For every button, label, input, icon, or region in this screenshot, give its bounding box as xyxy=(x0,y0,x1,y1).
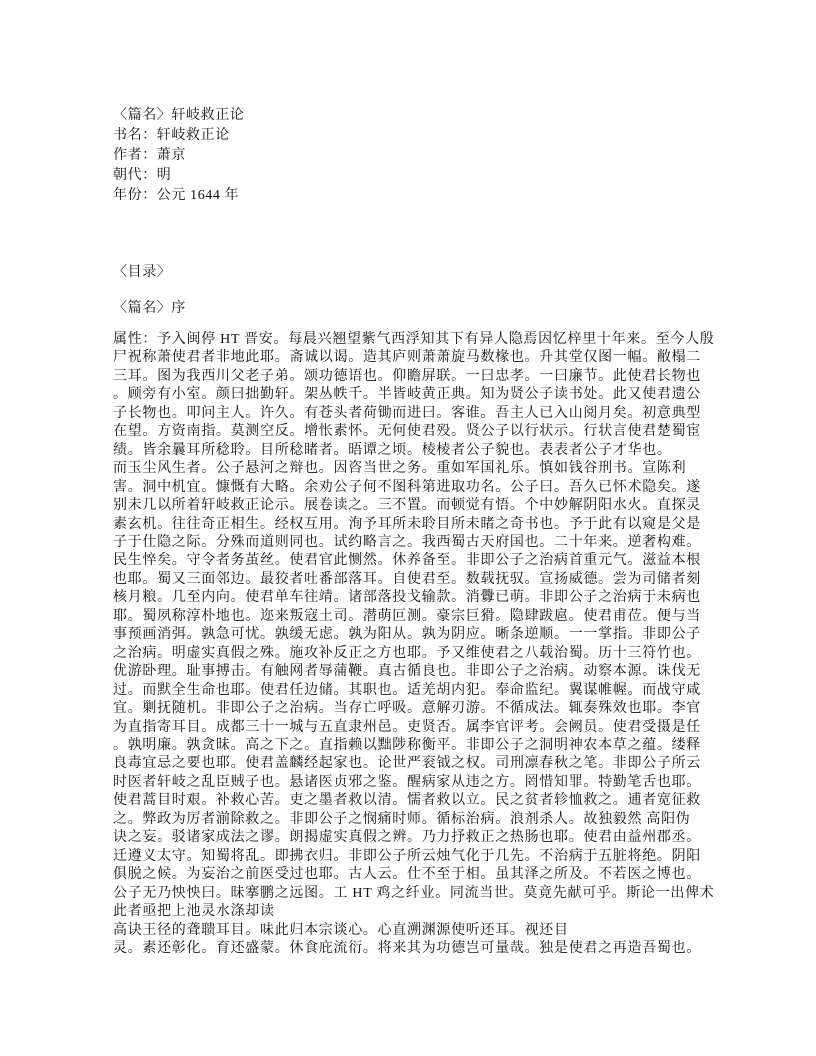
body-text-line: 公子无乃怏怏曰。昧搴鹏之远图。工 HT 鸡之纤业。同流当世。莫竟先献可乎。斯论一… xyxy=(113,885,713,903)
header-meta-line: 书名：轩岐救正论 xyxy=(113,126,713,146)
body-text-line: 诀之妄。驳诸家成法之谬。朗揭虚实真假之辨。乃力抒救正之热肠也耶。使君由益州郡丞。 xyxy=(113,829,713,847)
header-meta-line: 作者：萧京 xyxy=(113,146,713,166)
body-text-line: 耶。蜀夙称淳朴地也。迩来叛寇土司。潜萌叵测。豪宗巨猾。隐肆跋扈。使君甫莅。便与当 xyxy=(113,608,713,626)
body-text-line: 三耳。图为我西川父老子弟。颂功德语也。仰瞻屏联。一曰忠孝。一曰廉节。此使君长物也 xyxy=(113,368,713,386)
body-text-line: 此者亟把上池灵水涤却读 xyxy=(113,903,713,921)
body-text-line: 。顾旁有小室。颜曰拙勤轩。架丛帙千。半皆岐黄正典。知为贤公子读书处。此又使君遗公 xyxy=(113,386,713,404)
body-text-line: 使君蒿目时艰。补救心苦。吏之墨者救以清。懦者救以立。民之贫者轸恤救之。逋者宽征救 xyxy=(113,792,713,810)
body-text-line: 事预画消弭。孰急可忧。孰缓无虑。孰为阳从。孰为阴应。晰条逆顺。一一掌指。非即公子 xyxy=(113,626,713,644)
document-page: 〈篇名〉轩岐救正论书名：轩岐救正论作者：萧京朝代：明年份：公元 1644 年 〈… xyxy=(113,106,713,958)
body-text-line: 之。弊政为厉者湔除救之。非即公子之悯痛时师。循标治病。浪剂杀人。故独毅然 高阳伪 xyxy=(113,811,713,829)
chapter-heading: 〈篇名〉序 xyxy=(113,299,713,319)
header-meta-line: 年份：公元 1644 年 xyxy=(113,186,713,206)
body-text-line: 尸祝称萧使君者非地此耶。斋诚以谒。造其庐则萧萧旋马数椽也。升其堂仅图一幅。敝榻二 xyxy=(113,349,713,367)
body-text-line: 害。洞中机宜。慷慨有大略。余劝公子何不图科第进取功名。公子曰。吾久已怀术隐矣。遂 xyxy=(113,479,713,497)
body-text-line: 过。而默全生命也耶。使君任边储。其职也。适羌胡内犯。奉命监纪。翼谋帷幄。而战守咸 xyxy=(113,682,713,700)
body-text-line: 核月粮。几至内向。使君单车往靖。诸部落投戈输款。消釁已萌。非即公子之治病于未病也 xyxy=(113,589,713,607)
body-text-line: 绩。皆余曩耳所稔聆。目所稔睹者。晤谭之顷。棱棱者公子貌也。表表者公子才华也。 xyxy=(113,442,713,460)
body-text-line: 迁遵义太守。知蜀将乱。即拂衣归。非即公子所云烛气化于几先。不治病于五脏将绝。阴阳 xyxy=(113,848,713,866)
body-text-line: 俱脱之候。为妄治之前医受过也耶。古人云。仕不至于相。虽其泽之所及。不若医之博也。 xyxy=(113,866,713,884)
body-text-line: 在望。方资南指。莫测空反。增怅素怀。无何使君殁。贤公子以行状示。行状言使君楚蜀宦 xyxy=(113,423,713,441)
body-text-line: 良毒宜忌之要也耶。使君盖麟经起家也。论世严衮钺之权。司刑凛春秋之笔。非即公子所云 xyxy=(113,755,713,773)
body-text-line: 为直指寄耳目。成都三十一城与五直隶州邑。吏贤否。属李官评考。会阙员。使君受摄是任 xyxy=(113,719,713,737)
body-text-line: 素玄机。往往奇正相生。经权互用。洵予耳所未聆目所未睹之奇书也。予于此有以窥是父是 xyxy=(113,516,713,534)
body-text-line: 而玉尘风生者。公子悬河之辩也。因咨当世之务。重如军国礼乐。慎如钱谷刑书。宣陈利 xyxy=(113,460,713,478)
body-text-line: 优游卧理。耻事搏击。有触网者辱蒲鞭。真古循良也。非即公子之治病。动察本源。诛伐无 xyxy=(113,663,713,681)
body-text-line: 。孰明廉。孰贪昧。高之下之。直指赖以黜陟称衡平。非即公子之洞明神农本草之蕴。缕释 xyxy=(113,737,713,755)
body-text-line: 子长物也。叩问主人。许久。有苍头者荷锄而进曰。客谁。吾主人已入山阅月矣。初意典型 xyxy=(113,405,713,423)
body-text-line: 之治病。明虚实真假之殊。施攻补反正之方也耶。予又维使君之八载治蜀。历十三符竹也。 xyxy=(113,645,713,663)
preface-body: 属性：予入闽停 HT 晋安。每晨兴翘望紫气西浮知其下有异人隐焉因忆梓里十年来。至… xyxy=(113,331,713,958)
body-text-line: 子于仕隐之际。分殊而道则同也。试约略言之。我西蜀古天府国也。二十年来。逆奢构难。 xyxy=(113,534,713,552)
document-header: 〈篇名〉轩岐救正论书名：轩岐救正论作者：萧京朝代：明年份：公元 1644 年 xyxy=(113,106,713,206)
body-text-line: 也耶。蜀又三面邻边。最狡者吐番部落耳。自使君至。数载抚驭。宣扬威德。尝为司储者刻 xyxy=(113,571,713,589)
body-text-line: 灵。素还彰化。育还盛蒙。休食庇流衍。将来其为功德岂可量哉。独是使君之再造吾蜀也。 xyxy=(113,940,713,958)
body-text-line: 时医者轩岐之乱臣贼子也。悬诸医贞邪之鉴。醒病家从违之方。罔惜知罪。特勤笔舌也耶。 xyxy=(113,774,713,792)
body-text-line: 宜。剿抚随机。非即公子之治病。当存亡呼吸。意解刃游。不循成法。辄奏殊效也耶。李官 xyxy=(113,700,713,718)
body-text-line: 民生悴矣。守令者务茧丝。使君官此恻然。休养备至。非即公子之治病首重元气。滋益本根 xyxy=(113,552,713,570)
header-meta-line: 〈篇名〉轩岐救正论 xyxy=(113,106,713,126)
toc-heading: 〈目录〉 xyxy=(113,263,713,283)
header-meta-line: 朝代：明 xyxy=(113,166,713,186)
body-text-line: 别未几以所着轩岐救正论示。展卷读之。三不置。而顿觉有悟。个中妙解阴阳水火。直探灵 xyxy=(113,497,713,515)
body-text-line: 属性：予入闽停 HT 晋安。每晨兴翘望紫气西浮知其下有异人隐焉因忆梓里十年来。至… xyxy=(113,331,713,349)
body-text-line: 高诀王径的聋聩耳目。味此归本宗谈心。心直溯渊源使听还耳。视还目 xyxy=(113,922,713,940)
